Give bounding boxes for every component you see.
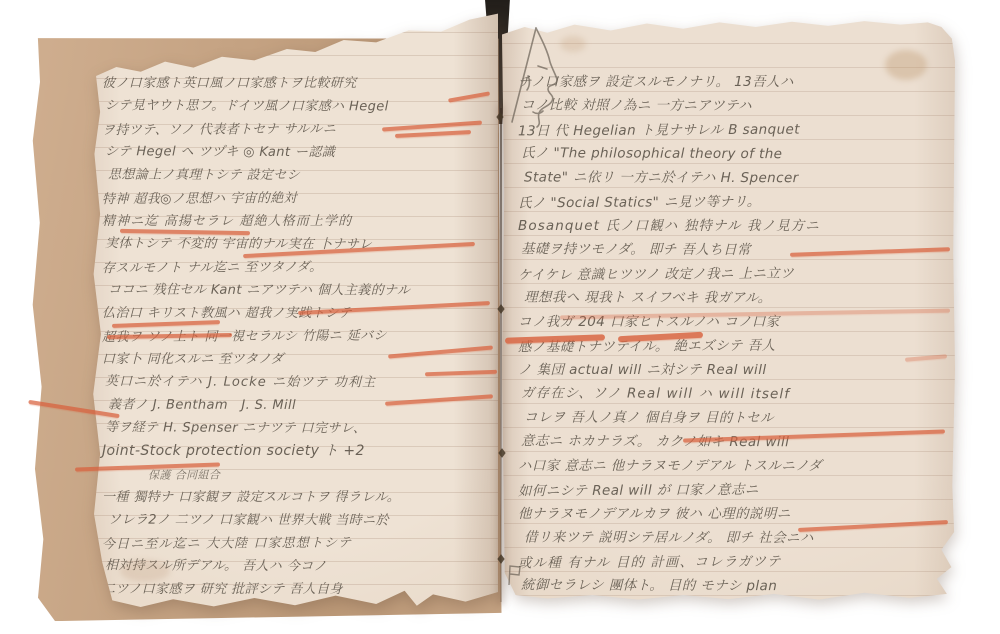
handwritten-line: 借リ来ツテ 説明シテ居ルノダ。 即チ 社会ニハ: [524, 525, 955, 550]
handwritten-line: 彼ノ口家感ト英口風ノ口家感トヲ比較研究: [102, 72, 494, 95]
paper-stain: [885, 50, 927, 80]
handwritten-line: 等ヲ経テ H. Spenser ニナツテ 口完サレ、: [105, 416, 497, 441]
handwritten-line: 13日 代 Hegelian ト見ナサレル B sanquet: [518, 117, 951, 144]
handwritten-line: State" ニ依リ 一方ニ於イテハ H. Spencer: [524, 165, 955, 190]
left-page-text: 彼ノ口家感ト英口風ノ口家感トヲ比較研究シテ見ヤウト思フ。ドイツ風ノ口家感ハ He…: [92, 10, 498, 610]
left-page-paper: 彼ノ口家感ト英口風ノ口家感トヲ比較研究シテ見ヤウト思フ。ドイツ風ノ口家感ハ He…: [92, 10, 498, 610]
handwritten-line: ハ口家 意志ニ 他ナラヌモノデアル トスルニノダ: [518, 454, 951, 478]
handwritten-line: ケイケレ 意識ヒツツノ 改定ノ我ニ 上ニ立ツ: [518, 261, 951, 288]
handwritten-line: シテ Hegel ヘ ツヅキ ◎ Kant ー認識: [105, 140, 497, 165]
handwritten-line: 統御セラレシ 團体ト。 目的 モナシ plan: [521, 573, 954, 599]
handwritten-line: 今日ニ至ル迄ニ 大大陸 口家思想トシテ: [102, 531, 494, 556]
handwritten-line: 理想我ヘ 現我ト スイフベキ 我ガアル。: [524, 285, 955, 310]
handwritten-line: 一種 獨特ナ 口家観ヲ 設定スルコトヲ 得ラレル。: [102, 486, 494, 509]
handwritten-line: Bosanquet 氏ノ口観ハ 独特ナル 我ノ見方ニ: [518, 214, 951, 238]
handwritten-line: ヲ持ツテ、ソノ 代表者トセナ サルルニ: [102, 117, 494, 142]
handwritten-line: ソレラ2ノ 二ツノ 口家観ハ 世界大戦 当時ニ於: [108, 509, 498, 533]
handwritten-line: コレヲ 吾人ノ真ノ 個自身ヲ 目的トセル: [524, 405, 955, 430]
handwritten-line: 存スルモノト ナル迄ニ 至ツタノダ。: [102, 255, 494, 280]
handwritten-line: 氏ノ "Social Statics" ニ見ツ等ナリ。: [518, 189, 951, 216]
pencil-face-sketch: [500, 24, 568, 128]
handwritten-line: Joint-Stock protection society ト +2: [102, 440, 494, 463]
handwritten-line: 思想論上ノ真理トシテ 設定セシ: [108, 164, 498, 188]
handwritten-line: 氏ノ "The philosophical theory of the: [521, 141, 954, 167]
left-page: 彼ノ口家感ト英口風ノ口家感トヲ比較研究シテ見ヤウト思フ。ドイツ風ノ口家感ハ He…: [92, 10, 498, 610]
binding-gutter: [500, 108, 502, 602]
paper-stain: [120, 560, 170, 582]
handwritten-line: 如何ニシテ Real will が 口家ノ意志ニ: [518, 477, 951, 504]
handwritten-line: 二ツノ口家感ヲ 研究 批評シテ 吾人自身: [102, 578, 494, 601]
pencil-mark: [506, 562, 526, 588]
notebook-photo: 彼ノ口家感ト英口風ノ口家感トヲ比較研究シテ見ヤウト思フ。ドイツ風ノ口家感ハ He…: [0, 0, 1000, 634]
handwritten-line: ノ 集団 actual will ニ対シテ Real will: [518, 358, 951, 382]
handwritten-line: ガ存在シ、ソノ Real will ハ will itself: [521, 381, 954, 407]
handwritten-line: ココニ 残住セル Kant ニアツテハ 個人主義的ナル: [108, 279, 498, 303]
handwritten-line: チノ口家感ヲ 設定スルモノナリ。 13吾人ハ: [518, 70, 951, 94]
handwritten-line: コノ比較 対照ノ為ニ 一方ニアツテハ: [521, 93, 954, 119]
handwritten-line: シテ見ヤウト思フ。ドイツ風ノ口家感ハ Hegel: [105, 94, 497, 119]
handwritten-line: 特神 超我◎ノ思想ハ 宇宙的絶対: [102, 186, 494, 211]
handwritten-line: 或ル種 有ナル 目的 計画、コレラガツテ: [518, 549, 951, 576]
